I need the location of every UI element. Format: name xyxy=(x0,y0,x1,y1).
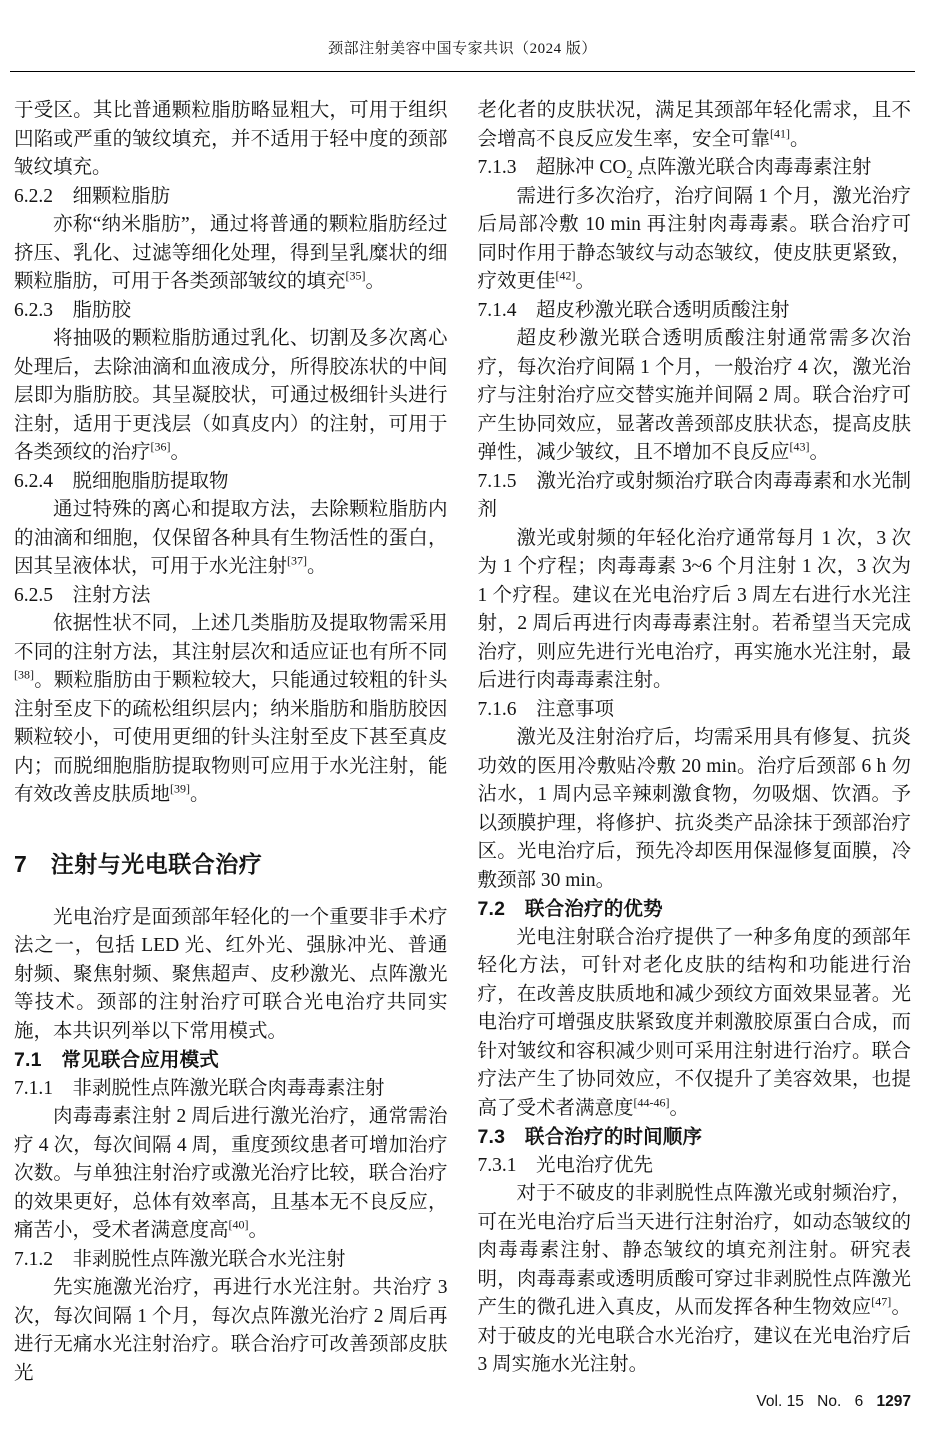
reference-superscript: [41] xyxy=(770,126,790,140)
left-column: 于受区。其比普通颗粒脂肪略显粗大，可用于组织凹陷或严重的皱纹填充，并不适用于轻中… xyxy=(14,97,448,1388)
header-rule xyxy=(10,71,915,72)
paragraph: 将抽吸的颗粒脂肪通过乳化、切割及多次离心处理后，去除油滴和血液成分，所得胶冻状的… xyxy=(14,325,448,468)
paragraph: 通过特殊的离心和提取方法，去除颗粒脂肪内的油滴和细胞，仅保留各种具有生物活性的蛋… xyxy=(14,496,448,582)
subsection-heading: 7.2 联合治疗的优势 xyxy=(478,895,912,924)
paragraph: 光电注射联合治疗提供了一种多角度的颈部年轻化方法，可针对老化皮肤的结构和功能进行… xyxy=(478,924,912,1124)
volume-label: Vol. 15 xyxy=(756,1393,803,1410)
paragraph: 亦称“纳米脂肪”，通过将普通的颗粒脂肪经过挤压、乳化、过滤等细化处理，得到呈乳糜… xyxy=(14,211,448,297)
page-number: 1297 xyxy=(877,1393,911,1410)
right-column: 老化者的皮肤状况，满足其颈部年轻化需求，且不会增高不良反应发生率，安全可靠[41… xyxy=(478,97,912,1388)
subsubsection-heading: 6.2.5 注射方法 xyxy=(14,582,448,611)
subsubsection-heading: 7.1.1 非剥脱性点阵激光联合肉毒毒素注射 xyxy=(14,1075,448,1104)
reference-superscript: [47] xyxy=(871,1295,891,1309)
subsubsection-heading: 6.2.2 细颗粒脂肪 xyxy=(14,183,448,212)
paragraph: 需进行多次治疗，治疗间隔 1 个月，激光治疗后局部冷敷 10 min 再注射肉毒… xyxy=(478,183,912,297)
reference-superscript: [39] xyxy=(170,782,190,796)
subsubsection-heading: 7.1.6 注意事项 xyxy=(478,696,912,725)
paragraph: 依据性状不同，上述几类脂肪及提取物需采用不同的注射方法，其注射层次和适应证也有所… xyxy=(14,610,448,810)
subsubsection-heading: 7.1.2 非剥脱性点阵激光联合水光注射 xyxy=(14,1246,448,1275)
issue-number: 6 xyxy=(855,1393,864,1410)
journal-page: 颈部注射美容中国专家共识（2024 版） 于受区。其比普通颗粒脂肪略显粗大，可用… xyxy=(0,0,925,1429)
subsubsection-heading: 6.2.3 脂肪胶 xyxy=(14,297,448,326)
chemical-subscript: 2 xyxy=(626,167,632,181)
paragraph-continuation: 于受区。其比普通颗粒脂肪略显粗大，可用于组织凹陷或严重的皱纹填充，并不适用于轻中… xyxy=(14,97,448,183)
paragraph-continuation: 老化者的皮肤状况，满足其颈部年轻化需求，且不会增高不良反应发生率，安全可靠[41… xyxy=(478,97,912,154)
reference-superscript: [36] xyxy=(151,440,171,454)
subsubsection-heading: 7.1.3 超脉冲 CO2 点阵激光联合肉毒毒素注射 xyxy=(478,154,912,183)
paragraph: 光电治疗是面颈部年轻化的一个重要非手术疗法之一，包括 LED 光、红外光、强脉冲… xyxy=(14,904,448,1047)
running-head-title: 颈部注射美容中国专家共识（2024 版） xyxy=(0,0,925,58)
reference-superscript: [38] xyxy=(14,668,34,682)
subsubsection-heading: 7.3.1 光电治疗优先 xyxy=(478,1152,912,1181)
subsubsection-heading: 6.2.4 脱细胞脂肪提取物 xyxy=(14,468,448,497)
paragraph: 激光或射频的年轻化治疗通常每月 1 次，3 次为 1 个疗程；肉毒毒素 3~6 … xyxy=(478,525,912,696)
paragraph: 超皮秒激光联合透明质酸注射通常需多次治疗，每次治疗间隔 1 个月，一般治疗 4 … xyxy=(478,325,912,468)
subsection-heading: 7.1 常见联合应用模式 xyxy=(14,1046,448,1075)
section-heading: 7 注射与光电联合治疗 xyxy=(14,849,448,879)
reference-superscript: [44-46] xyxy=(634,1095,670,1109)
subsubsection-heading: 7.1.5 激光治疗或射频治疗联合肉毒毒素和水光制剂 xyxy=(478,468,912,525)
paragraph: 对于不破皮的非剥脱性点阵激光或射频治疗，可在光电治疗后当天进行注射治疗，如动态皱… xyxy=(478,1180,912,1380)
reference-superscript: [37] xyxy=(287,554,307,568)
two-column-body: 于受区。其比普通颗粒脂肪略显粗大，可用于组织凹陷或严重的皱纹填充，并不适用于轻中… xyxy=(0,97,925,1388)
reference-superscript: [35] xyxy=(346,269,366,283)
subsection-heading: 7.3 联合治疗的时间顺序 xyxy=(478,1123,912,1152)
paragraph: 激光及注射治疗后，均需采用具有修复、抗炎功效的医用冷敷贴冷敷 20 min。治疗… xyxy=(478,724,912,895)
subsubsection-heading: 7.1.4 超皮秒激光联合透明质酸注射 xyxy=(478,297,912,326)
number-label: No. xyxy=(817,1393,841,1410)
reference-superscript: [40] xyxy=(229,1218,249,1232)
page-footer: Vol. 15 No. 6 1297 xyxy=(747,1393,911,1411)
reference-superscript: [42] xyxy=(556,269,576,283)
paragraph: 先实施激光治疗，再进行水光注射。共治疗 3 次，每次间隔 1 个月，每次点阵激光… xyxy=(14,1274,448,1388)
paragraph: 肉毒毒素注射 2 周后进行激光治疗，通常需治疗 4 次，每次间隔 4 周，重度颈… xyxy=(14,1103,448,1246)
reference-superscript: [43] xyxy=(790,440,810,454)
